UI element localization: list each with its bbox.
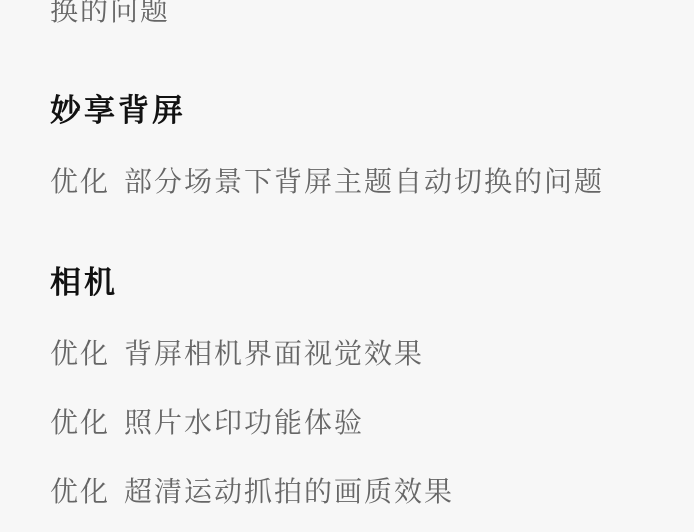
- item-tag: 优化: [50, 165, 110, 198]
- changelog-item: 优化部分场景下背屏主题自动切换的问题: [50, 168, 604, 196]
- changelog-item: 优化超清运动抓拍的画质效果: [50, 478, 454, 506]
- item-text: 背屏相机界面视觉效果: [124, 337, 424, 370]
- changelog-page: 换的问题 妙享背屏 优化部分场景下背屏主题自动切换的问题 相机 优化背屏相机界面…: [0, 0, 694, 532]
- item-tag: 优化: [50, 337, 110, 370]
- section-title-miaoxiang-back-screen: 妙享背屏: [50, 96, 186, 127]
- item-text: 超清运动抓拍的画质效果: [124, 475, 454, 508]
- section-title-camera: 相机: [50, 268, 118, 299]
- item-text: 照片水印功能体验: [124, 406, 364, 439]
- item-tag: 优化: [50, 406, 110, 439]
- changelog-item: 优化照片水印功能体验: [50, 409, 364, 437]
- item-tag: 优化: [50, 475, 110, 508]
- changelog-item: 优化背屏相机界面视觉效果: [50, 340, 424, 368]
- item-text: 部分场景下背屏主题自动切换的问题: [124, 165, 604, 198]
- continued-item-text: 换的问题: [50, 0, 170, 25]
